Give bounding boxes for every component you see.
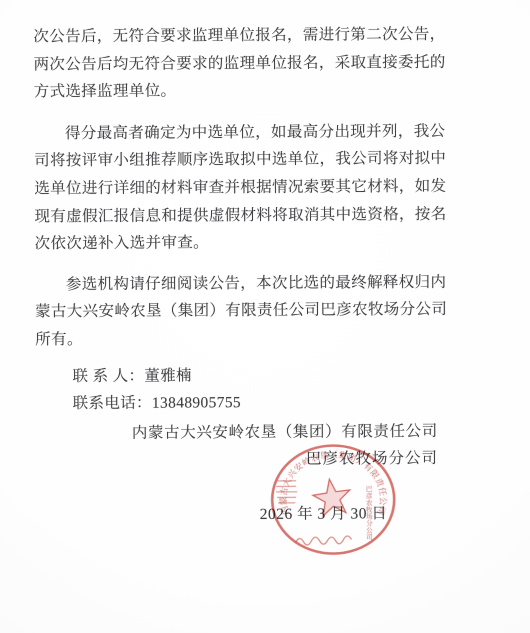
contact-block: 联 系 人：董雅楠 联系电话：13848905755 [72,360,449,417]
body-paragraph: 参选机构请仔细阅读公告，本次比选的最终解释权归内 蒙古大兴安岭农垦（集团）有限责… [35,269,449,354]
signature-block: 内蒙古大兴安岭农垦（集团）有限责任公司 巴彦农牧场分公司 [36,418,450,476]
contact-phone-label: 联系电话： [73,395,152,412]
seal-script-marks-icon [276,481,297,503]
contact-phone-number: 13848905755 [152,394,241,412]
body-paragraph: 次公告后，无符合要求监理单位报名，需进行第二次公告， 两次公告后均无符合要求的监… [33,21,447,106]
contact-person-name: 董雅楠 [144,367,192,384]
contact-phone-line: 联系电话：13848905755 [73,388,450,418]
seal-bottom-script-icon [295,536,351,545]
signature-company-name: 内蒙古大兴安岭农垦（集团）有限责任公司 [36,418,438,448]
document-date: 2026 年 3 月 30 日 [36,500,450,530]
body-paragraph: 得分最高者确定为中选单位，如最高分出现并列，我公 司将按评审小组推荐顺序选取拟中… [34,118,449,258]
document-page: 次公告后，无符合要求监理单位报名，需进行第二次公告， 两次公告后均无符合要求的监… [0,0,530,633]
contact-person-label: 联 系 人： [72,367,144,384]
signature-branch-name: 巴彦农牧场分公司 [36,445,438,475]
document-content: 次公告后，无符合要求监理单位报名，需进行第二次公告， 两次公告后均无符合要求的监… [0,0,530,633]
contact-person-line: 联 系 人：董雅楠 [72,360,449,390]
